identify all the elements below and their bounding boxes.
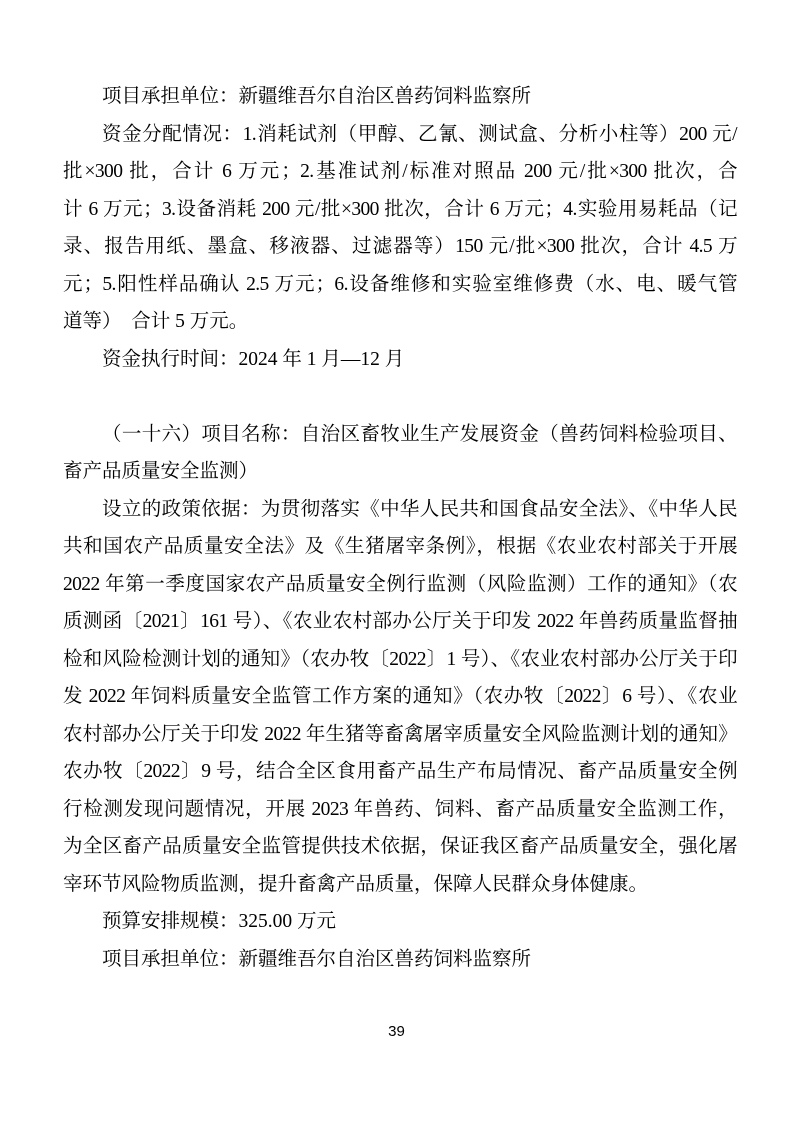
text-line: 农办牧〔2022〕9 号，结合全区食用畜产品生产布局情况、畜产品质量安全例 — [63, 753, 737, 791]
text-line: 为全区畜产品质量安全监管提供技术依据，保证我区畜产品质量安全，强化屠 — [63, 828, 737, 866]
text-line: 项目承担单位：新疆维吾尔自治区兽药饲料监察所 — [63, 941, 737, 979]
para-undertaker-unit-2: 项目承担单位：新疆维吾尔自治区兽药饲料监察所 — [63, 941, 737, 979]
text-line: 道等） 合计 5 万元。 — [63, 303, 737, 341]
para-undertaker-unit-1: 项目承担单位：新疆维吾尔自治区兽药饲料监察所 — [63, 78, 737, 116]
para-policy-basis: 设立的政策依据：为贯彻落实《中华人民共和国食品安全法》、《中华人民共和国农产品质… — [63, 491, 737, 904]
text-line: 检和风险检测计划的通知》（农办牧〔2022〕1 号）、《农业农村部办公厅关于印 — [63, 641, 737, 679]
para-fund-execution-time: 资金执行时间：2024 年 1 月—12 月 — [63, 341, 737, 379]
page-footer: 39 — [0, 1022, 793, 1042]
text-line: 设立的政策依据：为贯彻落实《中华人民共和国食品安全法》、《中华人民 — [63, 491, 737, 529]
para-budget-scale: 预算安排规模：325.00 万元 — [63, 903, 737, 941]
text-line: 资金分配情况：1.消耗试剂（甲醇、乙氰、测试盒、分析小柱等）200 元/ — [63, 116, 737, 154]
text-line: （一十六）项目名称：自治区畜牧业生产发展资金（兽药饲料检验项目、 — [63, 416, 737, 454]
text-line: 预算安排规模：325.00 万元 — [63, 903, 737, 941]
text-line: 质测函〔2021〕161 号）、《农业农村部办公厅关于印发 2022 年兽药质量… — [63, 603, 737, 641]
text-line: 畜产品质量安全监测） — [63, 453, 737, 491]
text-line: 资金执行时间：2024 年 1 月—12 月 — [63, 341, 737, 379]
text-line: 共和国农产品质量安全法》及《生猪屠宰条例》，根据《农业农村部关于开展 — [63, 528, 737, 566]
text-line: 批×300 批，合计 6 万元；2.基准试剂/标准对照品 200 元/批×300… — [63, 153, 737, 191]
para-fund-allocation: 资金分配情况：1.消耗试剂（甲醇、乙氰、测试盒、分析小柱等）200 元/批×30… — [63, 116, 737, 341]
text-line: 元；5.阳性样品确认 2.5 万元；6.设备维修和实验室维修费（水、电、暖气管 — [63, 266, 737, 304]
text-line: 行检测发现问题情况，开展 2023 年兽药、饲料、畜产品质量安全监测工作， — [63, 791, 737, 829]
page-number: 39 — [388, 1023, 405, 1040]
text-line: 录、报告用纸、墨盒、移液器、过滤器等）150 元/批×300 批次，合计 4.5… — [63, 228, 737, 266]
text-line: 宰环节风险物质监测，提升畜禽产品质量，保障人民群众身体健康。 — [63, 866, 737, 904]
para-project-16-title: （一十六）项目名称：自治区畜牧业生产发展资金（兽药饲料检验项目、畜产品质量安全监… — [63, 416, 737, 491]
text-line: 计 6 万元；3.设备消耗 200 元/批×300 批次，合计 6 万元；4.实… — [63, 191, 737, 229]
blank-line-spacer — [63, 378, 737, 416]
text-line: 农村部办公厅关于印发 2022 年生猪等畜禽屠宰质量安全风险监测计划的通知》 — [63, 716, 737, 754]
text-line: 项目承担单位：新疆维吾尔自治区兽药饲料监察所 — [63, 78, 737, 116]
text-line: 2022 年第一季度国家农产品质量安全例行监测（风险监测）工作的通知》（农 — [63, 566, 737, 604]
document-body: 项目承担单位：新疆维吾尔自治区兽药饲料监察所资金分配情况：1.消耗试剂（甲醇、乙… — [63, 78, 737, 978]
text-line: 发 2022 年饲料质量安全监管工作方案的通知》（农办牧〔2022〕6 号）、《… — [63, 678, 737, 716]
document-page: 项目承担单位：新疆维吾尔自治区兽药饲料监察所资金分配情况：1.消耗试剂（甲醇、乙… — [0, 0, 793, 1122]
